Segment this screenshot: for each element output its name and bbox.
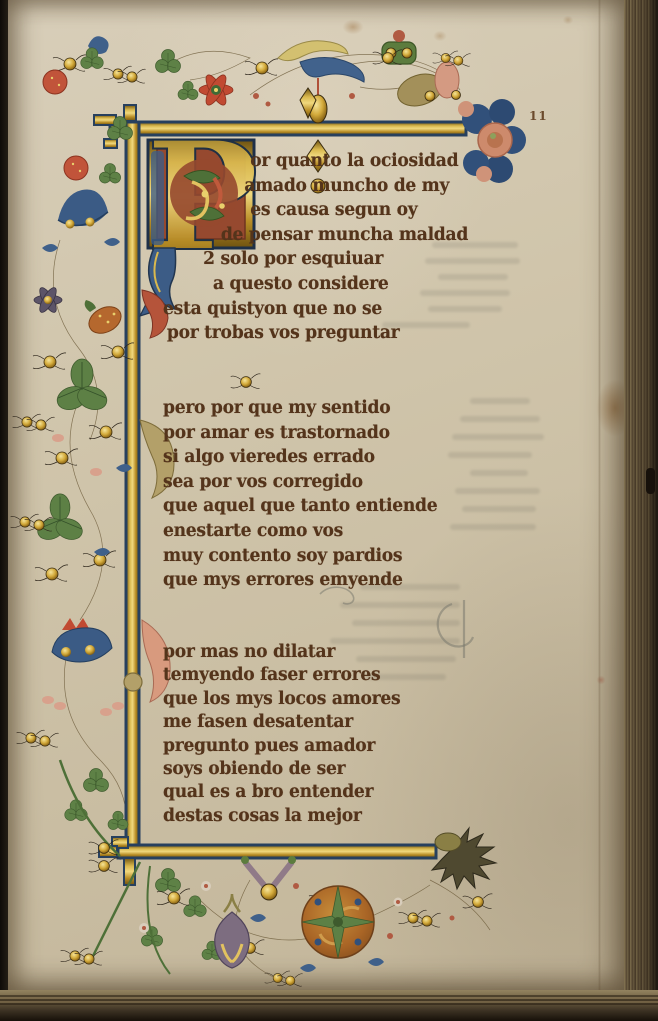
poem-line: es causa segun oy xyxy=(163,198,468,223)
poem-line: or quanto la ociosidad xyxy=(163,149,468,174)
purple-bell-flower xyxy=(215,894,250,968)
poem-stanza-1: or quanto la ociosidad amado muncho de m… xyxy=(163,149,468,346)
poem-line: soys obiendo de ser xyxy=(163,758,400,781)
bird-flourish xyxy=(278,41,364,82)
orange-strawberry xyxy=(84,300,125,339)
poem-stanza-2: pero por que my sentido por amar es tras… xyxy=(163,396,437,593)
poem-line: si algo vieredes errado xyxy=(163,445,437,470)
strawberry xyxy=(43,70,67,94)
border-left-bar xyxy=(126,122,139,852)
blue-crown-flower xyxy=(52,618,112,662)
blue-fan-flower xyxy=(58,189,108,228)
manuscript-photo: P xyxy=(0,0,658,1021)
thistle-terminal xyxy=(432,828,496,889)
folio-number: 11 xyxy=(529,109,548,123)
poem-line: a questo considere xyxy=(163,272,468,297)
poem-line: por mas no dilatar xyxy=(163,641,400,664)
poem-line: qual es a bro entender xyxy=(163,781,400,804)
poem-line: destas cosas la mejor xyxy=(163,805,400,828)
poem-stanza-3: por mas no dilatar temyendo faser errore… xyxy=(163,641,400,828)
top-floral-spray xyxy=(53,30,471,118)
strawberry xyxy=(64,156,88,180)
poem-line: por trobas vos preguntar xyxy=(163,321,468,346)
poem-line: temyendo faser errores xyxy=(163,664,400,687)
poem-line: sea por vos corregido xyxy=(163,470,437,495)
poem-line: pero por que my sentido xyxy=(163,396,437,421)
poem-line: que los mys locos amores xyxy=(163,688,400,711)
poem-line: pregunto pues amador xyxy=(163,735,400,758)
orange-disc-rosette xyxy=(302,886,374,958)
poem-line: enestarte como vos xyxy=(163,519,437,544)
poem-line: muy contento soy pardios xyxy=(163,544,437,569)
poem-line: de pensar muncha maldad xyxy=(163,223,468,248)
rose-cluster-terminal xyxy=(458,99,526,183)
border-bottom-bar xyxy=(118,845,436,858)
poem-line: amado muncho de my xyxy=(163,174,468,199)
poem-line: por amar es trastornado xyxy=(163,421,437,446)
poem-line: que mys errores emyende xyxy=(163,568,437,593)
poem-line: me fasen desatentar xyxy=(163,711,400,734)
v-ornament xyxy=(241,856,296,900)
poem-line: 2 solo por esquiuar xyxy=(163,247,468,272)
poem-line: esta quistyon que no se xyxy=(163,297,468,322)
poem-line: que aquel que tanto entiende xyxy=(163,494,437,519)
